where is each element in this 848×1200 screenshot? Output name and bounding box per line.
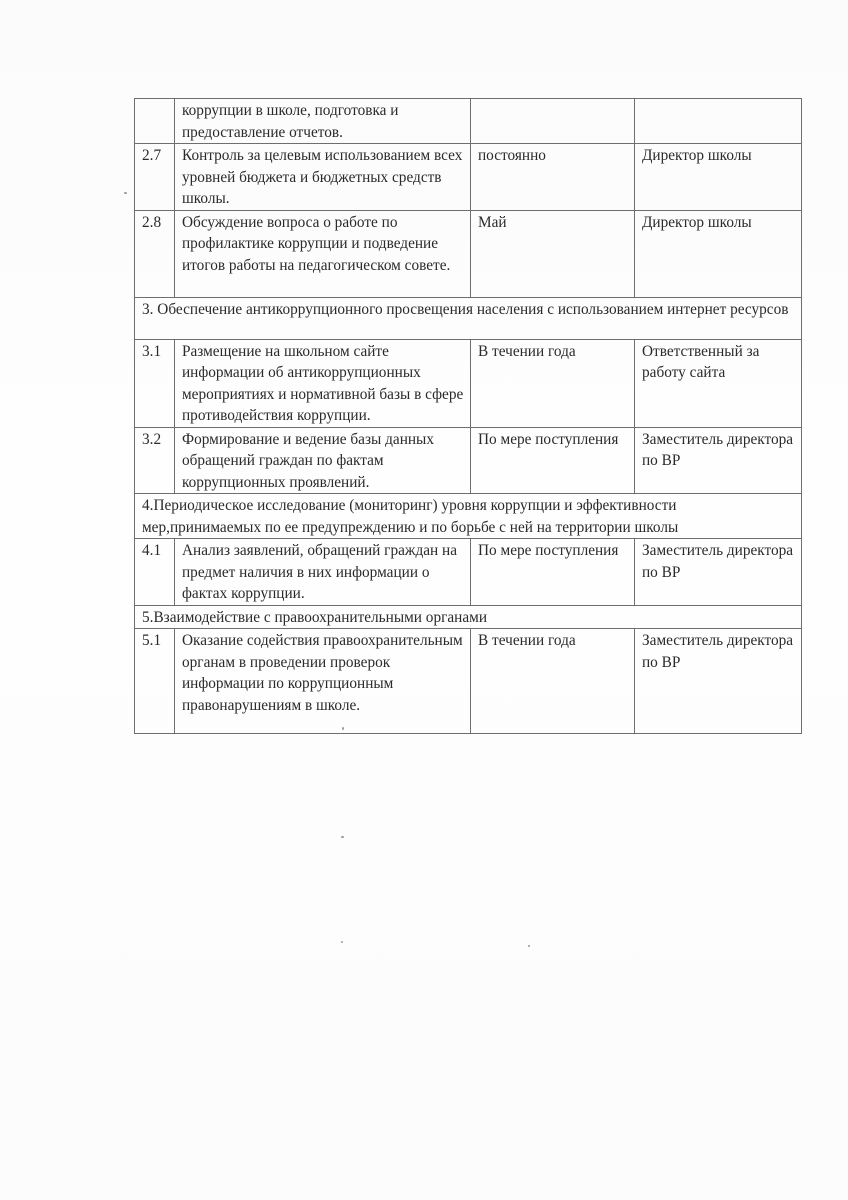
item-number: 3.1	[135, 339, 175, 427]
scan-speck	[341, 836, 344, 838]
activity-cell: Анализ заявлений, обращений граждан на п…	[175, 539, 471, 606]
table-row: 2.7 Контроль за целевым использованием в…	[135, 144, 802, 211]
item-number: 2.8	[135, 210, 175, 297]
table-row: коррупции в школе, подготовка и предоста…	[135, 99, 802, 144]
table-row: 5.1 Оказание содействия правоохранительн…	[135, 629, 802, 734]
item-number: 5.1	[135, 629, 175, 734]
item-number: 4.1	[135, 539, 175, 606]
table-row: 2.8 Обсуждение вопроса о работе по профи…	[135, 210, 802, 297]
responsible-cell: Заместитель директора по ВР	[635, 427, 802, 494]
term-cell: Май	[471, 210, 635, 297]
section-header-row: 5.Взаимодействие с правоохранительными о…	[135, 605, 802, 629]
activity-cell: Формирование и ведение базы данных обращ…	[175, 427, 471, 494]
term-cell	[471, 99, 635, 144]
scan-speck	[528, 945, 530, 947]
item-number	[135, 99, 175, 144]
term-cell: В течении года	[471, 629, 635, 734]
section-5-title: 5.Взаимодействие с правоохранительными о…	[135, 605, 802, 629]
scanned-page: коррупции в школе, подготовка и предоста…	[0, 0, 848, 1200]
responsible-cell	[635, 99, 802, 144]
scan-speck	[124, 192, 127, 194]
section-3-title: 3. Обеспечение антикоррупционного просве…	[135, 297, 802, 339]
anti-corruption-plan-table: коррупции в школе, подготовка и предоста…	[134, 98, 802, 734]
activity-cell: коррупции в школе, подготовка и предоста…	[175, 99, 471, 144]
activity-cell: Размещение на школьном сайте информации …	[175, 339, 471, 427]
activity-cell: Обсуждение вопроса о работе по профилакт…	[175, 210, 471, 297]
term-cell: постоянно	[471, 144, 635, 211]
responsible-cell: Директор школы	[635, 210, 802, 297]
section-header-row: 4.Периодическое исследование (мониторинг…	[135, 494, 802, 539]
section-4-title: 4.Периодическое исследование (мониторинг…	[135, 494, 802, 539]
table-row: 3.2 Формирование и ведение базы данных о…	[135, 427, 802, 494]
item-number: 3.2	[135, 427, 175, 494]
responsible-cell: Заместитель директора по ВР	[635, 629, 802, 734]
responsible-cell: Заместитель директора по ВР	[635, 539, 802, 606]
item-number: 2.7	[135, 144, 175, 211]
section-header-row: 3. Обеспечение антикоррупционного просве…	[135, 297, 802, 339]
activity-cell: Оказание содействия правоохранительным о…	[175, 629, 471, 734]
activity-cell: Контроль за целевым использованием всех …	[175, 144, 471, 211]
term-cell: По мере поступления	[471, 539, 635, 606]
responsible-cell: Директор школы	[635, 144, 802, 211]
scan-speck	[342, 727, 344, 730]
table-row: 4.1 Анализ заявлений, обращений граждан …	[135, 539, 802, 606]
scan-speck	[341, 941, 343, 943]
term-cell: По мере поступления	[471, 427, 635, 494]
responsible-cell: Ответственный за работу сайта	[635, 339, 802, 427]
table-row: 3.1 Размещение на школьном сайте информа…	[135, 339, 802, 427]
term-cell: В течении года	[471, 339, 635, 427]
